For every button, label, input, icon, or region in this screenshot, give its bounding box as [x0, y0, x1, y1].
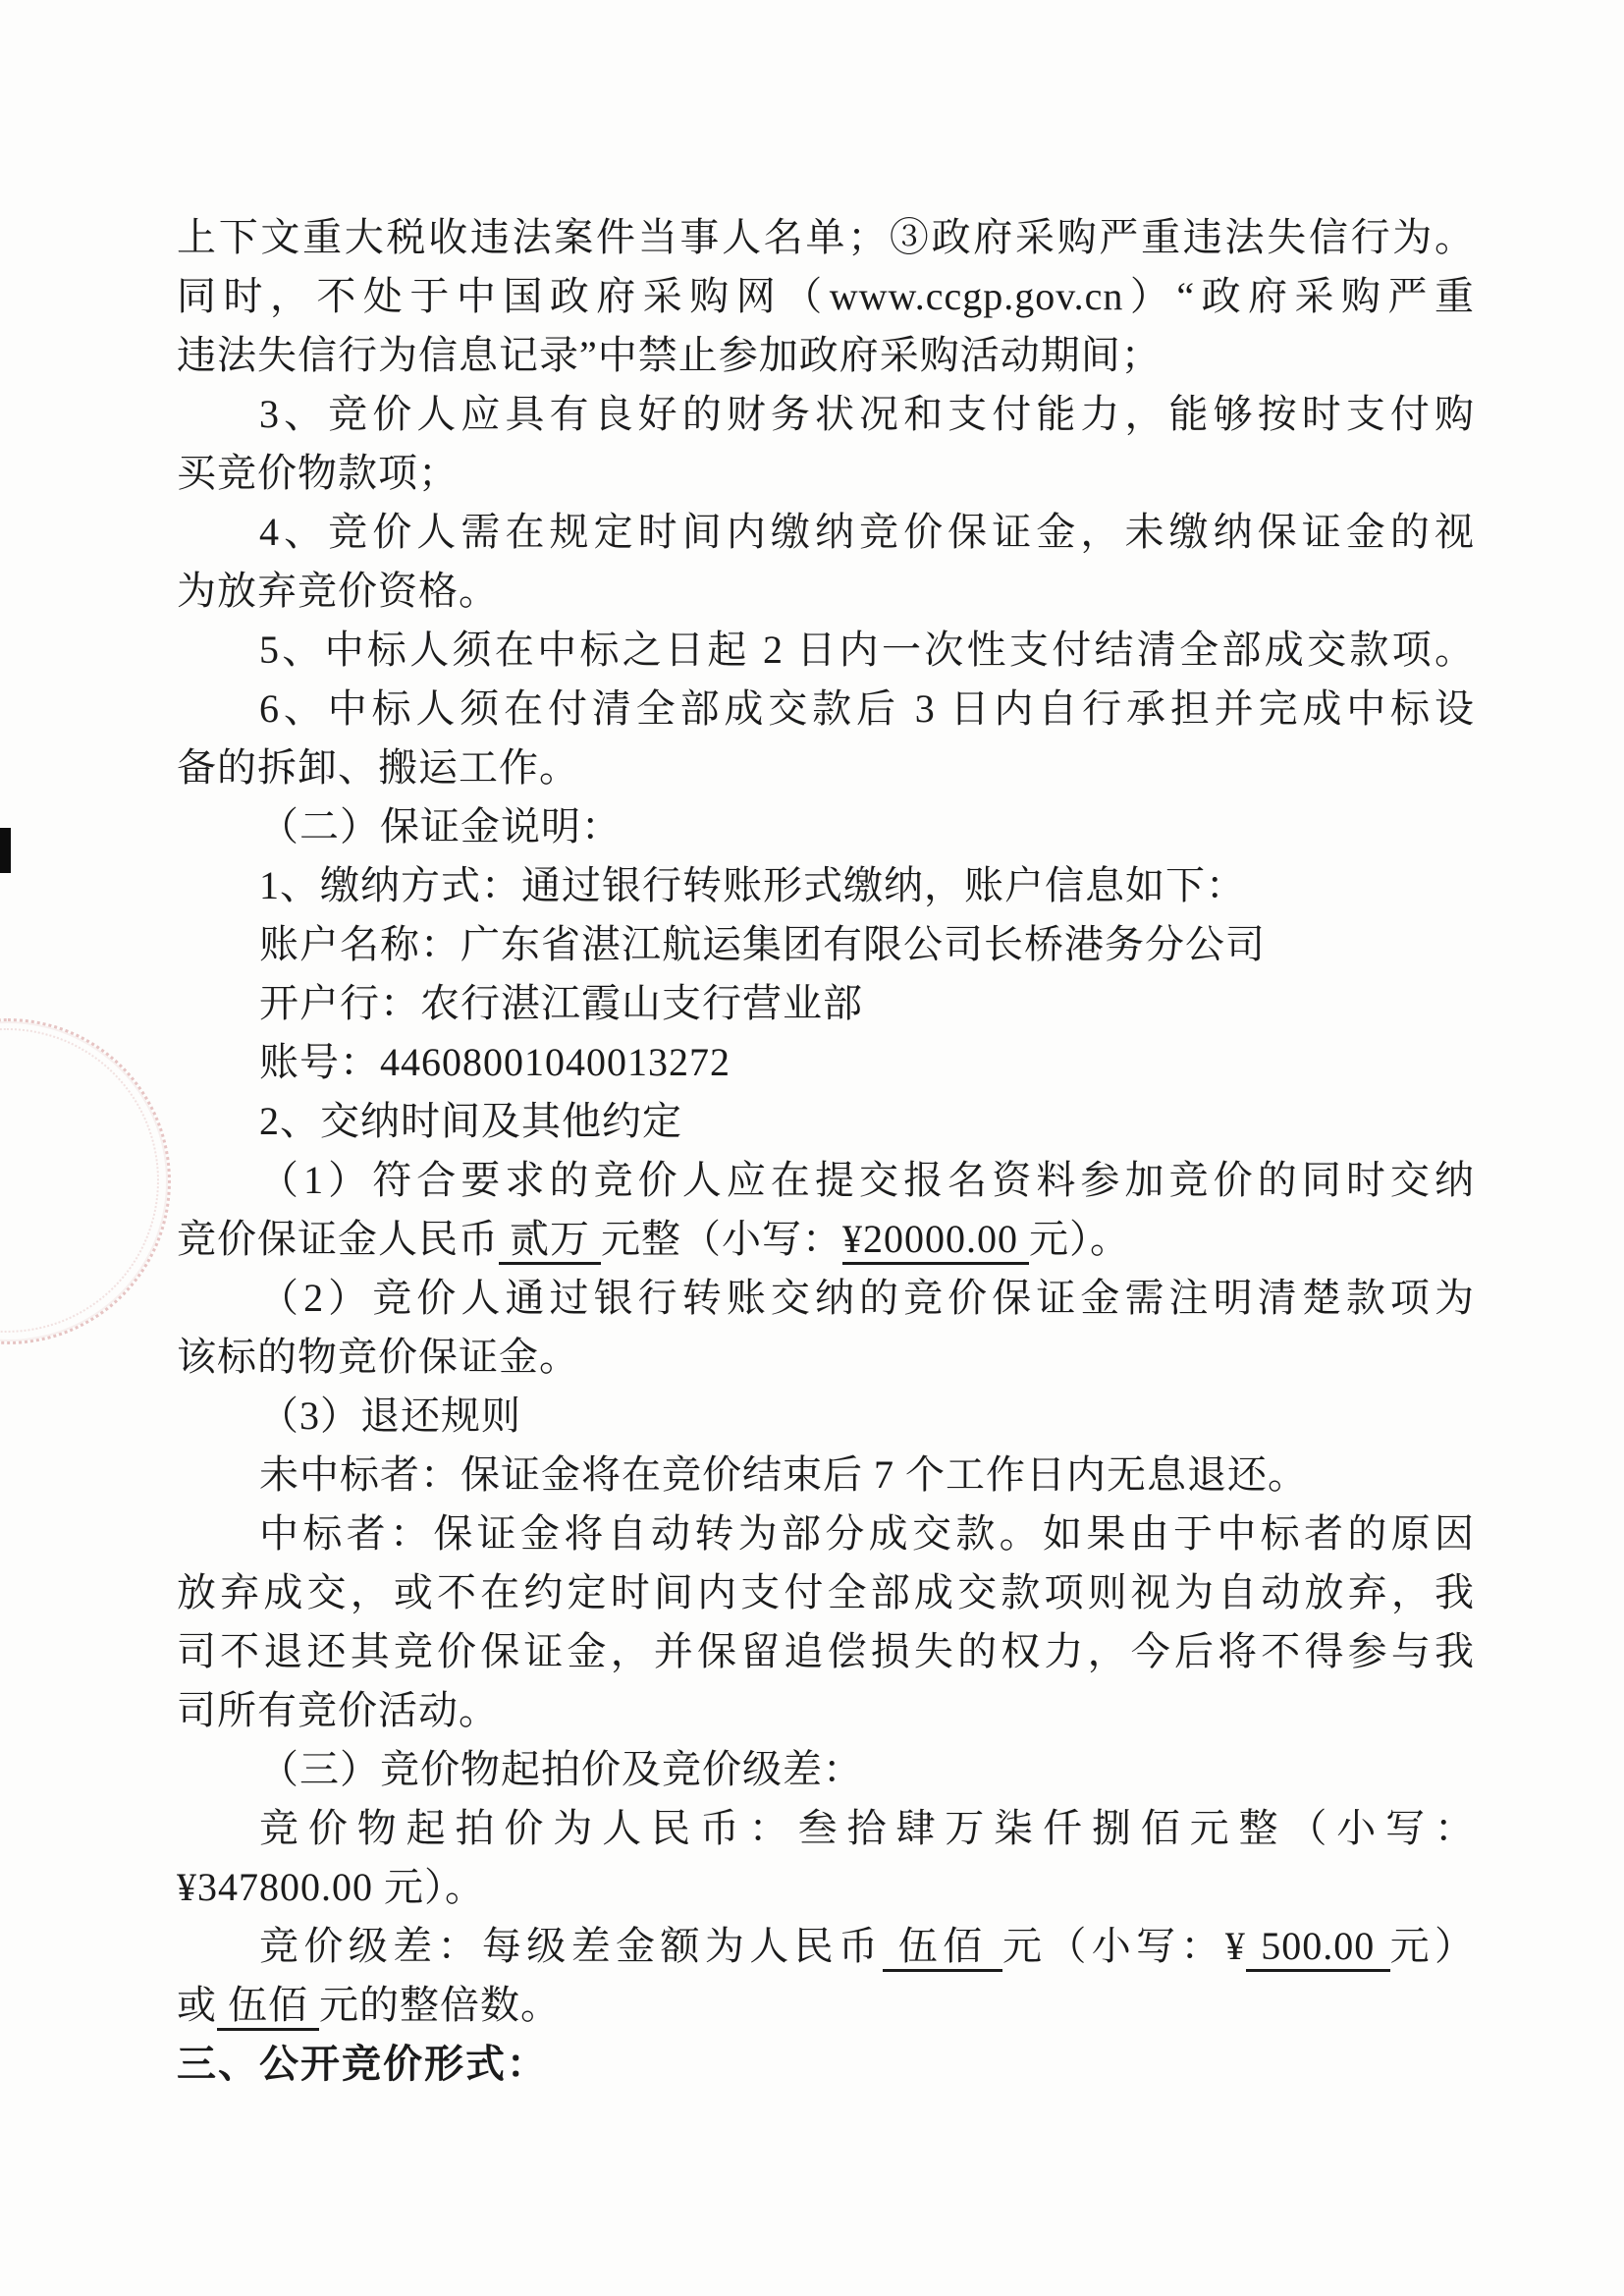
line-text: 该标的物竞价保证金。 — [177, 1335, 579, 1379]
line-text: （2）竞价人通过银行转账交纳的竞价保证金需注明清楚款项为 — [259, 1276, 1475, 1320]
line-text: 或 — [177, 1983, 217, 2027]
line-text: 5、中标人须在中标之日起 2 日内一次性支付结清全部成交款项。 — [259, 628, 1475, 672]
line-text: ¥347800.00 元）。 — [177, 1865, 485, 1909]
document-line: 为放弃竞价资格。 — [177, 562, 1475, 621]
line-text: 元）。 — [1029, 1217, 1130, 1261]
document-line: ¥347800.00 元）。 — [177, 1858, 1475, 1917]
document-line: 1、缴纳方式：通过银行转账形式缴纳，账户信息如下： — [177, 856, 1475, 915]
line-text: 司所有竞价活动。 — [177, 1688, 499, 1732]
document-text: 上下文重大税收违法案件当事人名单；③政府采购严重违法失信行为。同时，不处于中国政… — [177, 208, 1475, 2094]
line-text: 同时，不处于中国政府采购网（www.ccgp.gov.cn）“政府采购严重 — [177, 274, 1475, 318]
document-line: 2、交纳时间及其他约定 — [177, 1092, 1475, 1151]
line-text: 元） — [1390, 1924, 1475, 1968]
document-line: 司不退还其竞价保证金，并保留追偿损失的权力，今后将不得参与我 — [177, 1622, 1475, 1681]
underlined-filled-blank: 贰万 — [499, 1217, 601, 1265]
line-text: 上下文重大税收违法案件当事人名单；③政府采购严重违法失信行为。 — [177, 215, 1475, 259]
line-text: 4、竞价人需在规定时间内缴纳竞价保证金，未缴纳保证金的视 — [259, 510, 1475, 554]
underlined-filled-blank: 500.00 — [1246, 1924, 1390, 1972]
line-text: 三、公开竞价形式： — [177, 2042, 548, 2086]
scanner-edge-artifact — [0, 828, 11, 873]
document-line: （二）保证金说明： — [177, 797, 1475, 856]
line-text: 竞价保证金人民币 — [177, 1217, 499, 1261]
underlined-filled-blank: 伍佰 — [217, 1983, 319, 2031]
faint-stamp-circle-inner — [0, 1028, 159, 1333]
line-text: 元整（小写： — [601, 1217, 842, 1261]
line-text: 未中标者：保证金将在竞价结束后 7 个工作日内无息退还。 — [259, 1452, 1308, 1497]
line-text: 备的拆卸、搬运工作。 — [177, 745, 579, 790]
line-text: （1）符合要求的竞价人应在提交报名资料参加竞价的同时交纳 — [259, 1158, 1475, 1202]
line-text: 元（小写：¥ — [1002, 1924, 1246, 1968]
line-text: 买竞价物款项； — [177, 451, 459, 495]
document-line: 开户行：农行湛江霞山支行营业部 — [177, 974, 1475, 1033]
document-line: 司所有竞价活动。 — [177, 1681, 1475, 1740]
document-line: 同时，不处于中国政府采购网（www.ccgp.gov.cn）“政府采购严重 — [177, 267, 1475, 326]
document-line: 上下文重大税收违法案件当事人名单；③政府采购严重违法失信行为。 — [177, 208, 1475, 267]
line-text: 放弃成交，或不在约定时间内支付全部成交款项则视为自动放弃，我 — [177, 1570, 1475, 1614]
document-line: 竞价级差：每级差金额为人民币 伍佰 元（小写：¥ 500.00 元） — [177, 1917, 1475, 1976]
underlined-filled-blank: ¥20000.00 — [842, 1217, 1029, 1265]
line-text: 2、交纳时间及其他约定 — [259, 1099, 682, 1143]
document-line: 3、竞价人应具有良好的财务状况和支付能力，能够按时支付购 — [177, 385, 1475, 444]
line-text: 竞价级差：每级差金额为人民币 — [259, 1924, 883, 1968]
scanned-document-page: 上下文重大税收违法案件当事人名单；③政府采购严重违法失信行为。同时，不处于中国政… — [0, 0, 1624, 2296]
document-line: 放弃成交，或不在约定时间内支付全部成交款项则视为自动放弃，我 — [177, 1563, 1475, 1622]
document-line: 4、竞价人需在规定时间内缴纳竞价保证金，未缴纳保证金的视 — [177, 503, 1475, 562]
line-text: 账户名称：广东省湛江航运集团有限公司长桥港务分公司 — [259, 922, 1266, 966]
document-line: 6、中标人须在付清全部成交款后 3 日内自行承担并完成中标设 — [177, 680, 1475, 738]
document-line: 5、中标人须在中标之日起 2 日内一次性支付结清全部成交款项。 — [177, 621, 1475, 680]
line-text: （三）竞价物起拍价及竞价级差： — [259, 1747, 863, 1791]
document-line: 违法失信行为信息记录”中禁止参加政府采购活动期间； — [177, 326, 1475, 385]
document-line: 中标者：保证金将自动转为部分成交款。如果由于中标者的原因 — [177, 1504, 1475, 1563]
line-text: 3、竞价人应具有良好的财务状况和支付能力，能够按时支付购 — [259, 392, 1475, 436]
underlined-filled-blank: 伍佰 — [883, 1924, 1002, 1972]
document-line: （1）符合要求的竞价人应在提交报名资料参加竞价的同时交纳 — [177, 1151, 1475, 1210]
document-line: 竞价物起拍价为人民币：叁拾肆万柒仟捌佰元整（小写： — [177, 1799, 1475, 1858]
line-text: 6、中标人须在付清全部成交款后 3 日内自行承担并完成中标设 — [259, 686, 1475, 731]
line-text: 账号：44608001040013272 — [259, 1040, 731, 1084]
document-line: 账户名称：广东省湛江航运集团有限公司长桥港务分公司 — [177, 915, 1475, 974]
line-text: 司不退还其竞价保证金，并保留追偿损失的权力，今后将不得参与我 — [177, 1629, 1475, 1673]
line-text: （3）退还规则 — [259, 1394, 521, 1438]
document-line: （2）竞价人通过银行转账交纳的竞价保证金需注明清楚款项为 — [177, 1269, 1475, 1328]
line-text: 开户行：农行湛江霞山支行营业部 — [259, 981, 863, 1025]
document-line: 竞价保证金人民币 贰万 元整（小写：¥20000.00 元）。 — [177, 1210, 1475, 1269]
document-line: 三、公开竞价形式： — [177, 2035, 1475, 2094]
line-text: 1、缴纳方式：通过银行转账形式缴纳，账户信息如下： — [259, 863, 1246, 907]
line-text: 竞价物起拍价为人民币：叁拾肆万柒仟捌佰元整（小写： — [259, 1806, 1475, 1850]
document-line: 账号：44608001040013272 — [177, 1033, 1475, 1092]
document-line: 该标的物竞价保证金。 — [177, 1328, 1475, 1387]
line-text: 中标者：保证金将自动转为部分成交款。如果由于中标者的原因 — [259, 1511, 1475, 1556]
line-text: （二）保证金说明： — [259, 804, 622, 848]
line-text: 为放弃竞价资格。 — [177, 569, 499, 613]
document-line: 未中标者：保证金将在竞价结束后 7 个工作日内无息退还。 — [177, 1446, 1475, 1504]
document-line: （3）退还规则 — [177, 1387, 1475, 1446]
document-line: 备的拆卸、搬运工作。 — [177, 738, 1475, 797]
document-line: 或 伍佰 元的整倍数。 — [177, 1976, 1475, 2035]
line-text: 元的整倍数。 — [319, 1983, 561, 2027]
document-line: 买竞价物款项； — [177, 444, 1475, 503]
line-text: 违法失信行为信息记录”中禁止参加政府采购活动期间； — [177, 333, 1162, 377]
document-line: （三）竞价物起拍价及竞价级差： — [177, 1740, 1475, 1799]
